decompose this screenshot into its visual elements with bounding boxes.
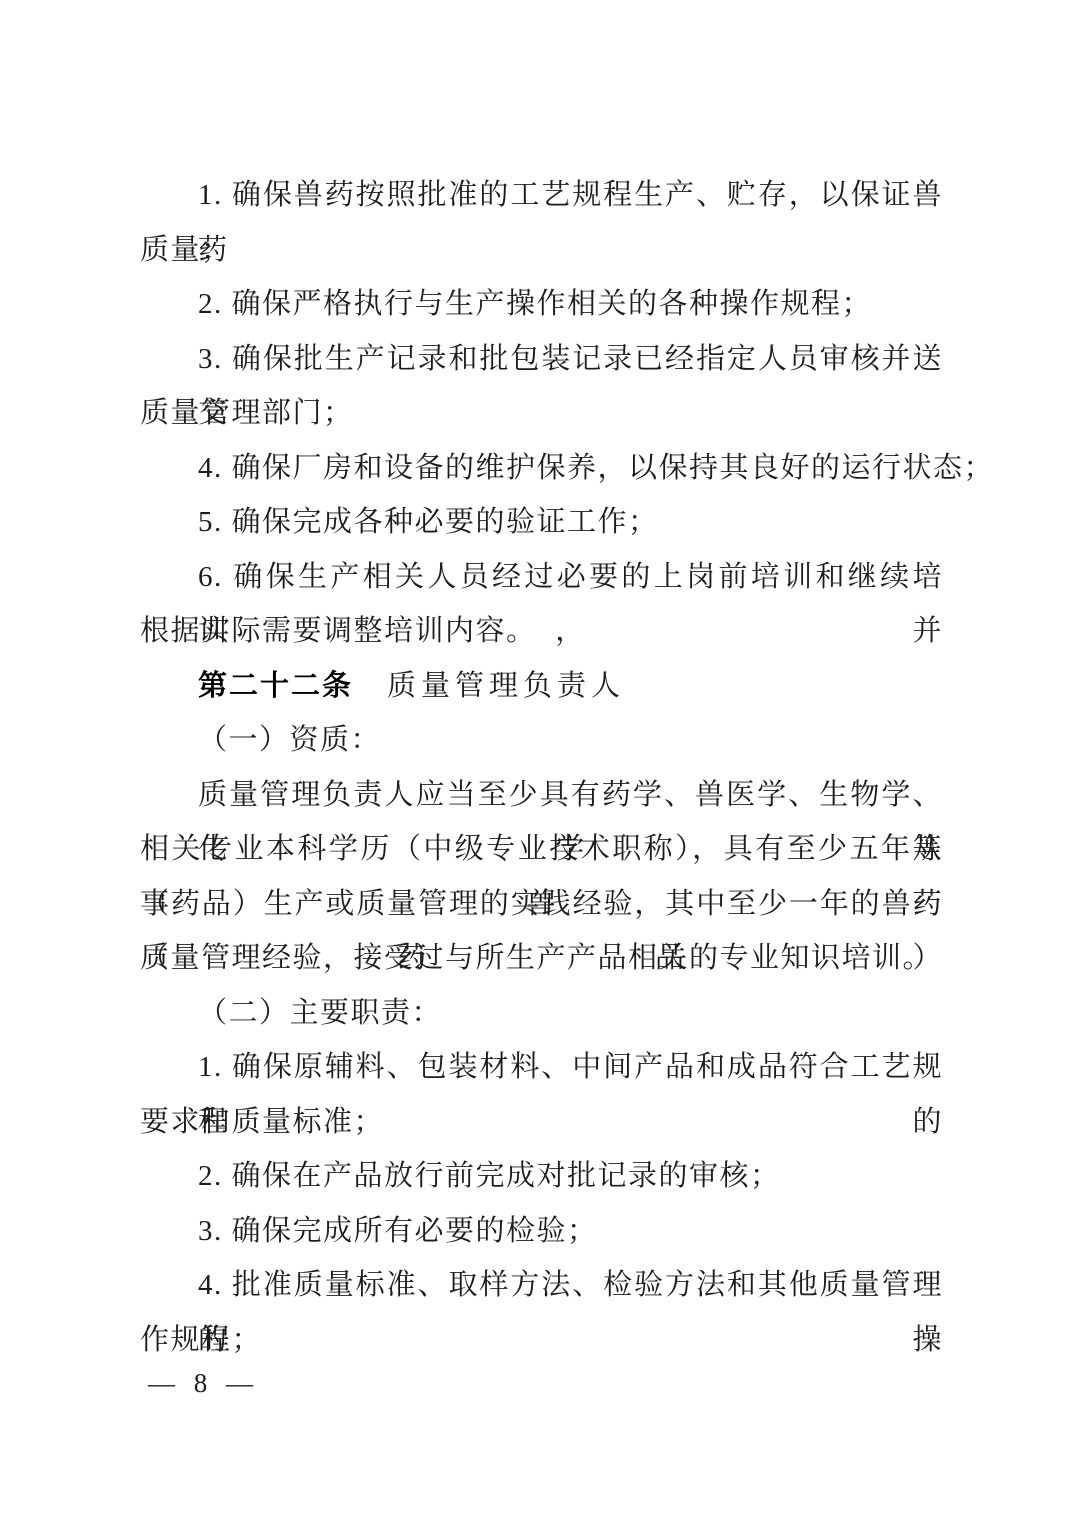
article-title: 质量管理负责人 xyxy=(387,670,625,702)
list-item-3-line-1: 3. 确保批生产记录和批包装记录已经指定人员审核并送交 xyxy=(140,332,943,387)
section-label-duties: （二）主要职责： xyxy=(140,986,943,1041)
duty-item-1-line-1: 1. 确保原辅料、包装材料、中间产品和成品符合工艺规程的 xyxy=(140,1040,943,1095)
duty-item-4-line-1: 4. 批准质量标准、取样方法、检验方法和其他质量管理的操 xyxy=(140,1258,943,1313)
list-item-4: 4. 确保厂房和设备的维护保养，以保持其良好的运行状态； xyxy=(140,441,943,496)
article-number: 第二十二条 xyxy=(198,670,353,702)
list-item-1-line-1: 1. 确保兽药按照批准的工艺规程生产、贮存，以保证兽药 xyxy=(140,168,943,223)
qualifications-paragraph-line-2: 相关专业本科学历（中级专业技术职称），具有至少五年从事兽药 xyxy=(140,822,943,877)
list-item-3-line-2: 质量管理部门； xyxy=(140,386,943,441)
document-page: 1. 确保兽药按照批准的工艺规程生产、贮存，以保证兽药 质量； 2. 确保严格执… xyxy=(0,0,1080,1527)
article-heading: 第二十二条质量管理负责人 xyxy=(140,659,943,714)
qualifications-paragraph-line-4: 质量管理经验，接受过与所生产产品相关的专业知识培训。 xyxy=(140,931,943,986)
section-label-qualifications: （一）资质： xyxy=(140,713,943,768)
list-item-2: 2. 确保严格执行与生产操作相关的各种操作规程； xyxy=(140,277,943,332)
list-item-6-line-1: 6. 确保生产相关人员经过必要的上岗前培训和继续培训，并 xyxy=(140,550,943,605)
duty-item-3: 3. 确保完成所有必要的检验； xyxy=(140,1204,943,1259)
duty-item-2: 2. 确保在产品放行前完成对批记录的审核； xyxy=(140,1149,943,1204)
list-item-1-line-2: 质量； xyxy=(140,223,943,278)
list-item-5: 5. 确保完成各种必要的验证工作； xyxy=(140,495,943,550)
qualifications-paragraph-line-3: （药品）生产或质量管理的实践经验，其中至少一年的兽药（药品） xyxy=(140,877,943,932)
qualifications-paragraph-line-1: 质量管理负责人应当至少具有药学、兽医学、生物学、化学等 xyxy=(140,768,943,823)
document-body: 1. 确保兽药按照批准的工艺规程生产、贮存，以保证兽药 质量； 2. 确保严格执… xyxy=(140,168,943,1367)
page-number: — 8 — xyxy=(148,1368,259,1399)
